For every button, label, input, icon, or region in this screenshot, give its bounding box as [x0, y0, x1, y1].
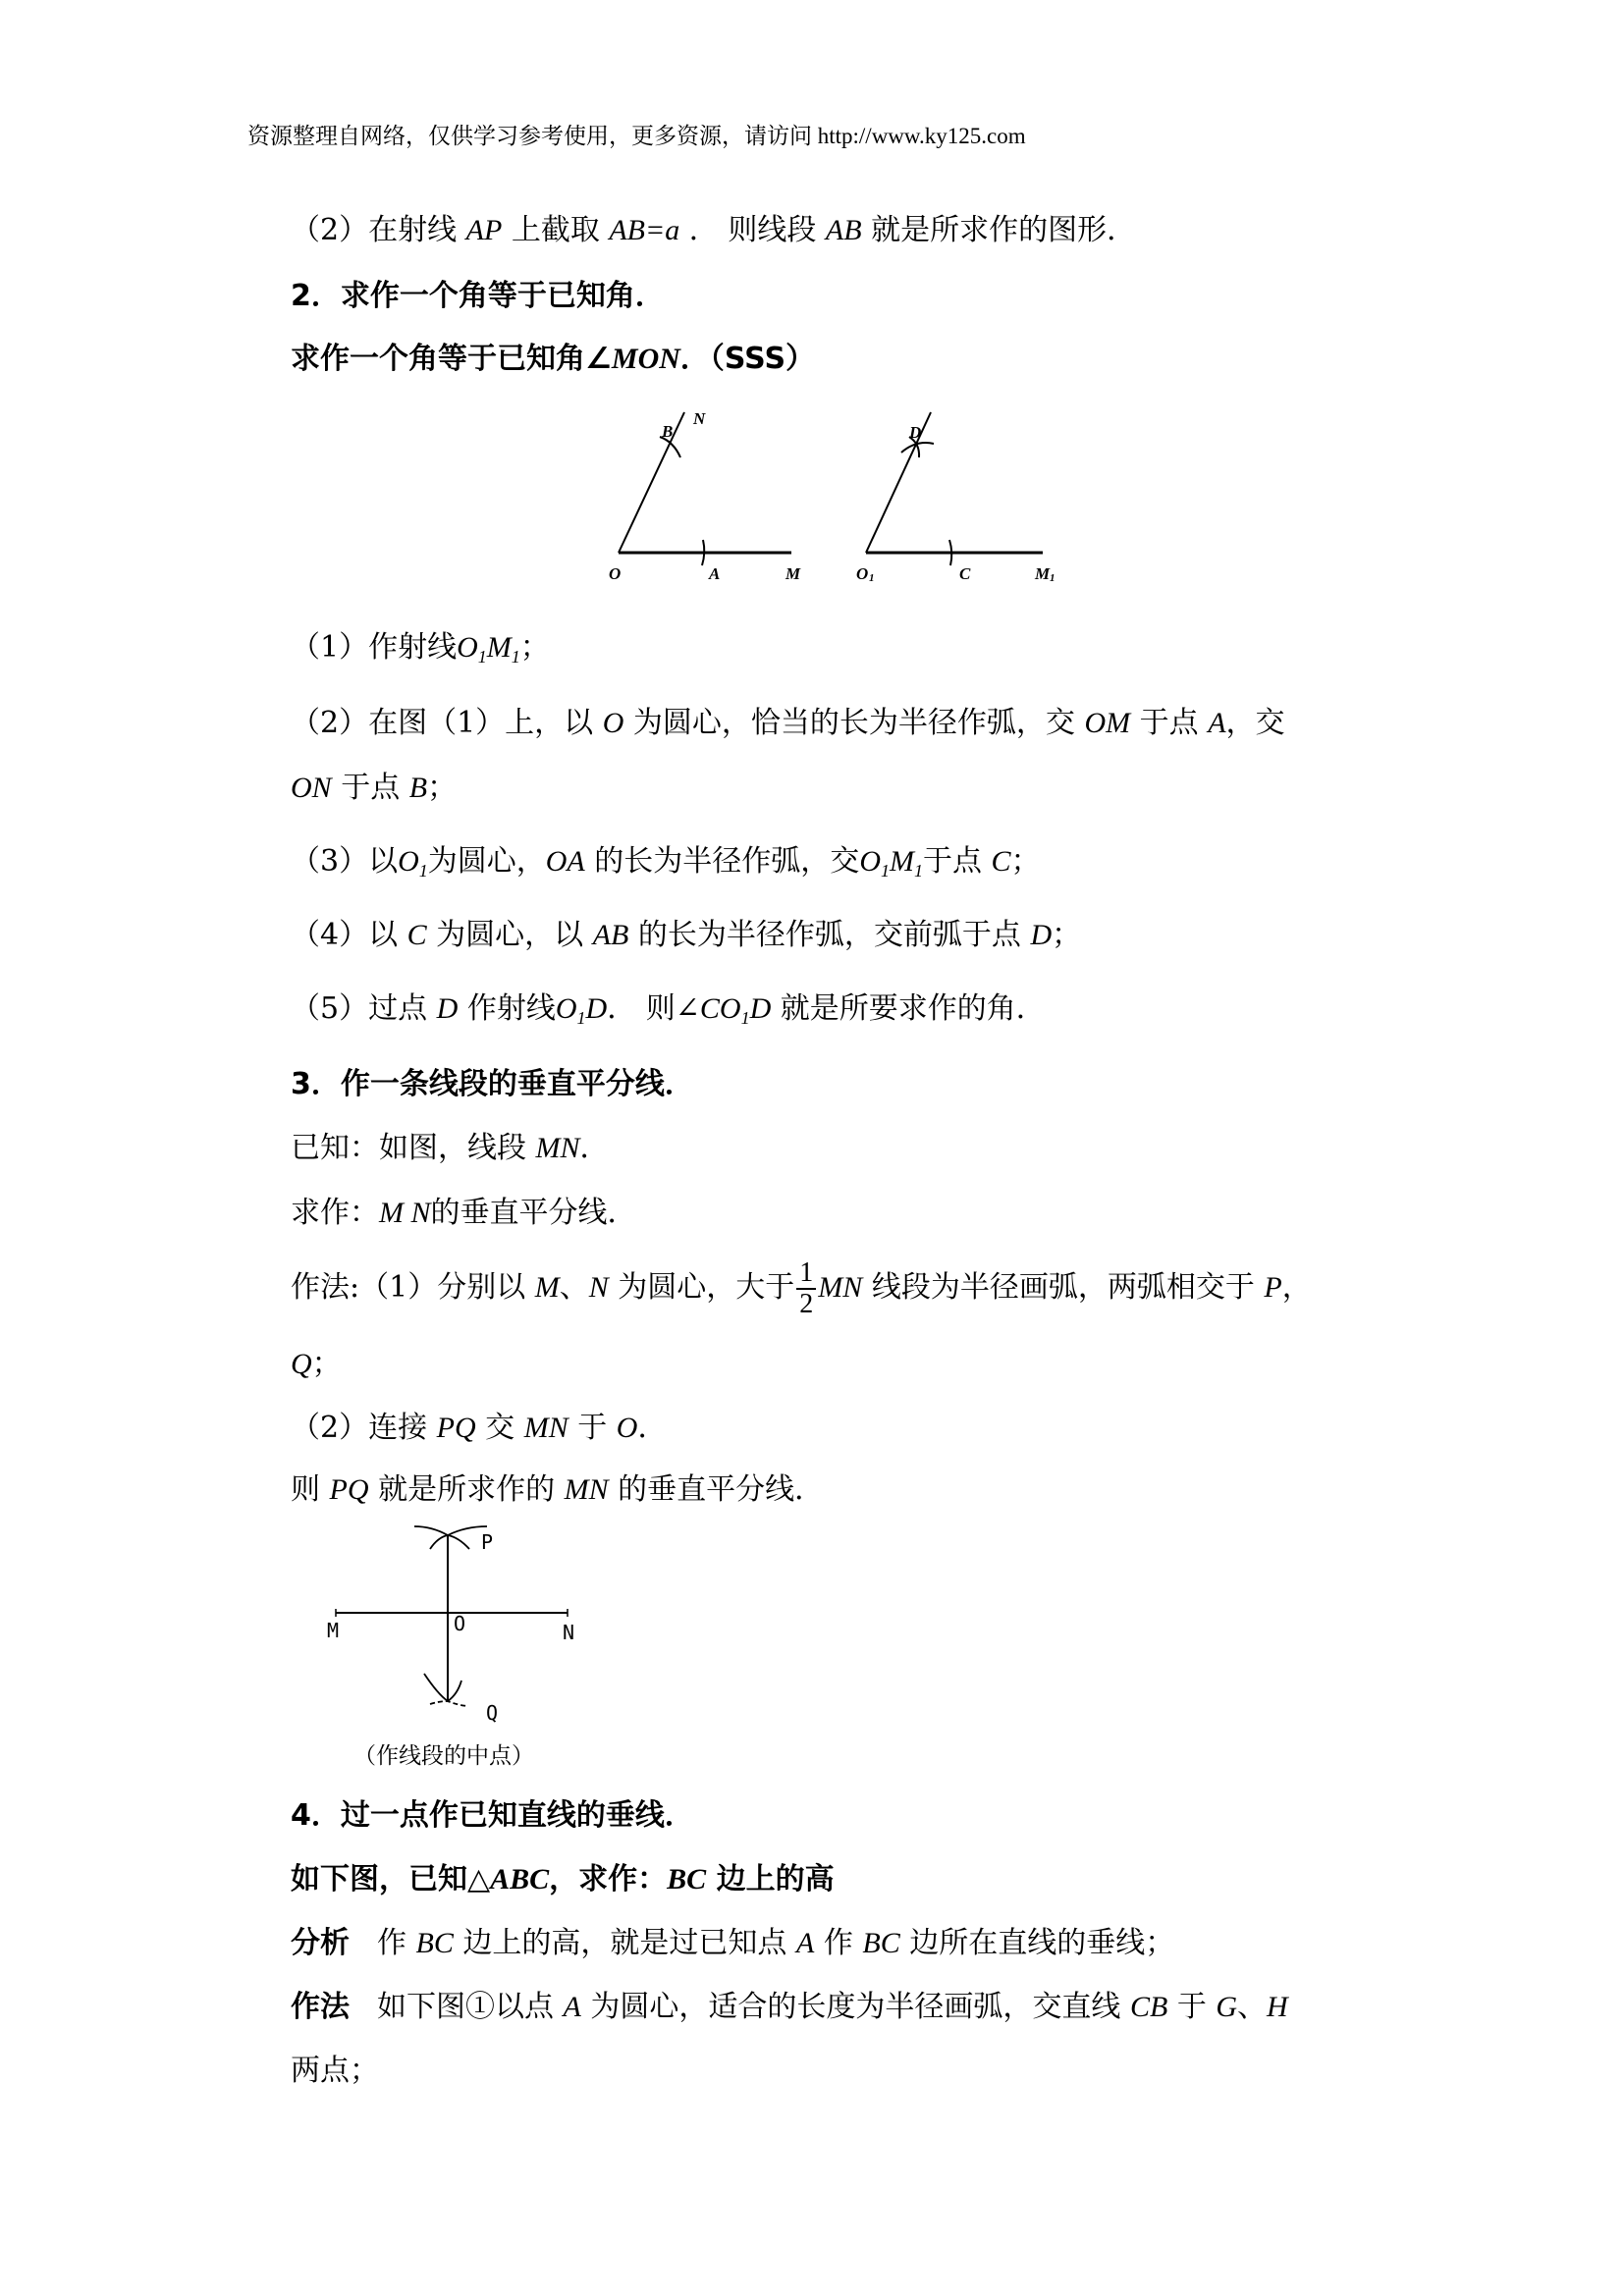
label-O: O: [454, 1612, 465, 1635]
label-C: C: [959, 564, 971, 583]
text: 于点: [1130, 706, 1208, 740]
math-var: MN: [818, 1271, 862, 1304]
math-var: M: [890, 845, 914, 878]
math-var: O: [617, 1412, 638, 1444]
math-var: PQ: [330, 1473, 369, 1506]
text: （2）连接: [291, 1411, 437, 1445]
math-var: A: [1208, 707, 1225, 739]
text: 就是所求作的: [369, 1472, 565, 1507]
text: ． 则线段: [679, 213, 826, 247]
text: 作射线: [458, 991, 556, 1026]
math-var: O: [398, 845, 419, 878]
text: （1）作射线: [291, 630, 457, 665]
text: ，: [1282, 1270, 1312, 1305]
math-sub: 1: [914, 861, 923, 881]
math-var: ON: [291, 772, 332, 804]
math-var: G: [1216, 1991, 1237, 2023]
text: 边上的高，就是过已知点: [454, 1926, 796, 1960]
section3-method-cont: Q；: [291, 1345, 342, 1384]
math-var: OM: [1084, 707, 1130, 739]
label-D: D: [908, 423, 921, 442]
math-sub: 1: [512, 647, 520, 667]
text: 为圆心，大于: [609, 1270, 795, 1305]
text: 为圆心，适合的长度为半径画弧，交直线: [581, 1990, 1130, 2024]
text: （5）过点: [291, 991, 437, 1026]
math-var: BC: [862, 1927, 899, 1959]
math-var: M N: [379, 1197, 431, 1229]
label-M: M: [785, 564, 801, 583]
math-var: MON: [612, 343, 680, 375]
text: 作: [377, 1926, 416, 1960]
math-var: MN: [565, 1473, 609, 1506]
arc-Q-bottom-icon: [430, 1701, 467, 1706]
math-var: CB: [1130, 1991, 1167, 2023]
section2-step2-cont: ON 于点 B；: [291, 769, 457, 808]
section2-step2: （2）在图（1）上，以 O 为圆心，恰当的长为半径作弧，交 OM 于点 A，交: [291, 704, 1285, 743]
section3-task: 求作：M N的垂直平分线．: [291, 1194, 637, 1233]
math-var: O: [859, 845, 881, 878]
text: ；: [427, 771, 457, 805]
math-var: N: [589, 1271, 609, 1304]
text: 求作：: [291, 1196, 379, 1230]
text: 就是所求作的图形．: [862, 213, 1137, 247]
ray-ON: [619, 412, 684, 553]
section4-title: 4．过一点作已知直线的垂线．: [291, 1796, 694, 1836]
fraction-one-half: 12: [796, 1258, 816, 1319]
math-sub: 1: [419, 861, 428, 881]
math-var: OA: [546, 845, 585, 878]
section4-subtitle: 如下图，已知△ABC，求作：BC 边上的高: [291, 1860, 835, 1899]
math-var: O: [603, 707, 624, 739]
math-var: A: [796, 1927, 814, 1959]
text: 作法:（1）分别以: [291, 1270, 535, 1305]
section2-step4: （4）以 C 为圆心，以 AB 的长为半径作弧，交前弧于点 D；: [291, 916, 1081, 955]
text: 的垂直平分线．: [431, 1196, 637, 1230]
label-N: N: [692, 409, 706, 428]
arc-P-bottom-icon: [430, 1535, 469, 1549]
math-var: D: [750, 992, 772, 1025]
section3-step2: （2）连接 PQ 交 MN 于 O．: [291, 1409, 667, 1448]
section3-conclusion: 则 PQ 就是所求作的 MN 的垂直平分线．: [291, 1470, 824, 1510]
text: 的长为半径作弧，交前弧于点: [628, 918, 1030, 952]
page-header: 资源整理自网络，仅供学习参考使用，更多资源，请访问 http://www.ky1…: [247, 122, 1026, 151]
label-M1: M: [1034, 564, 1051, 583]
perpendicular-bisector-figure: P M O N Q: [314, 1517, 609, 1733]
math-var: PQ: [437, 1412, 476, 1444]
text: ． 则∠: [607, 991, 700, 1026]
math-var: ABC: [490, 1863, 549, 1896]
label-N: N: [563, 1621, 574, 1644]
section3-given: 已知：如图，线段 MN．: [291, 1129, 610, 1168]
math-var: O: [457, 631, 478, 664]
text: 、: [1237, 1990, 1267, 2024]
text: 边所在直线的垂线；: [900, 1926, 1175, 1960]
text: ；: [312, 1347, 342, 1381]
math-var: MN: [524, 1412, 568, 1444]
text: ，交: [1226, 706, 1285, 740]
math-var: D: [1030, 919, 1052, 951]
math-var: AB=a: [609, 214, 679, 246]
text: 于点: [332, 771, 409, 805]
section4-analysis: 分析作 BC 边上的高，就是过已知点 A 作 BC 边所在直线的垂线；: [291, 1924, 1174, 1963]
text: 为圆心，: [428, 844, 546, 879]
text: 交: [476, 1411, 524, 1445]
math-var: C: [407, 919, 427, 951]
text: 边上的高: [706, 1862, 834, 1896]
label-B: B: [661, 422, 673, 441]
text: ；: [520, 630, 550, 665]
text: 于: [568, 1411, 617, 1445]
section1-step2: （2）在射线 AP 上截取 AB=a ． 则线段 AB 就是所求作的图形．: [291, 211, 1136, 250]
text: 、: [560, 1270, 589, 1305]
label-O: O: [609, 564, 621, 583]
section2-step5: （5）过点 D 作射线O1D． 则∠CO1D 就是所要求作的角．: [291, 989, 1046, 1038]
text: ．: [580, 1131, 610, 1165]
text: 则: [291, 1472, 330, 1507]
text: 作: [814, 1926, 862, 1960]
math-var: M: [535, 1271, 560, 1304]
math-sub: 1: [881, 861, 890, 881]
fraction-denominator: 2: [796, 1290, 816, 1319]
section3-title: 3．作一条线段的垂直平分线．: [291, 1065, 694, 1104]
math-var: CO: [700, 992, 741, 1025]
section2-subtitle: 求作一个角等于已知角∠MON．（SSS）: [291, 340, 815, 379]
text: 求作一个角等于已知角∠: [291, 342, 612, 376]
math-sub: 1: [577, 1008, 586, 1028]
label-M1-sub: 1: [1050, 572, 1056, 584]
text: 已知：如图，线段: [291, 1131, 536, 1165]
text: ．（SSS）: [680, 342, 815, 376]
label-P: P: [481, 1530, 493, 1554]
analysis-label: 分析: [291, 1926, 350, 1960]
text: ．: [637, 1411, 667, 1445]
label-M: M: [327, 1619, 339, 1642]
text: ；: [1011, 844, 1041, 879]
figure-caption: （作线段的中点）: [353, 1737, 534, 1770]
math-var: D: [437, 992, 459, 1025]
section2-step1: （1）作射线O1M1；: [291, 628, 550, 676]
math-var: O: [556, 992, 577, 1025]
math-sub: 1: [478, 647, 487, 667]
math-var: B: [409, 772, 427, 804]
text: 上截取: [502, 213, 609, 247]
math-var: A: [564, 1991, 581, 2023]
text: （3）以: [291, 844, 398, 879]
label-O1: O: [856, 564, 868, 583]
text: 于点: [923, 844, 992, 879]
text: 的长为半径作弧，交: [585, 844, 860, 879]
label-O1-sub: 1: [869, 572, 875, 584]
section2-step3: （3）以O1为圆心，OA 的长为半径作弧，交O1M1于点 C；: [291, 842, 1041, 890]
text: ，求作：: [549, 1862, 667, 1896]
text: ；: [1052, 918, 1081, 952]
text: 如下图，已知△: [291, 1862, 490, 1896]
math-var: H: [1267, 1991, 1288, 2023]
section4-method: 作法如下图①以点 A 为圆心，适合的长度为半径画弧，交直线 CB 于 G、H: [291, 1988, 1288, 2027]
text: 就是所要求作的角．: [771, 991, 1046, 1026]
arc-Q-top-icon: [424, 1674, 461, 1701]
section3-method: 作法:（1）分别以 M、N 为圆心，大于12MN 线段为半径画弧，两弧相交于 P…: [291, 1258, 1312, 1319]
math-var: AB: [826, 214, 862, 246]
math-var: BC: [416, 1927, 454, 1959]
section2-title: 2．求作一个角等于已知角．: [291, 277, 665, 316]
angle-construction-figure: O A M B N O 1 C M 1 D: [589, 398, 1080, 594]
arc-P-top-icon: [414, 1526, 487, 1535]
text: 如下图①以点: [377, 1990, 564, 2024]
text: 为圆心，恰当的长为半径作弧，交: [623, 706, 1084, 740]
text: （2）在射线: [291, 213, 466, 247]
text: 为圆心，以: [427, 918, 593, 952]
label-A: A: [708, 564, 720, 583]
math-var: BC: [667, 1863, 706, 1896]
math-var: M: [487, 631, 512, 664]
math-sub: 1: [741, 1008, 750, 1028]
text: 的垂直平分线．: [609, 1472, 825, 1507]
math-var: C: [992, 845, 1011, 878]
math-var: D: [586, 992, 608, 1025]
text: （4）以: [291, 918, 407, 952]
label-Q: Q: [486, 1701, 498, 1725]
text: （2）在图（1）上，以: [291, 706, 603, 740]
method-label: 作法: [291, 1990, 350, 2024]
math-var: MN: [536, 1132, 580, 1164]
text: 于: [1167, 1990, 1216, 2024]
text: 线段为半径画弧，两弧相交于: [862, 1270, 1264, 1305]
math-var: AB: [593, 919, 629, 951]
math-var: P: [1264, 1271, 1281, 1304]
section4-method-cont: 两点；: [291, 2052, 379, 2091]
document-page: 资源整理自网络，仅供学习参考使用，更多资源，请访问 http://www.ky1…: [0, 0, 1624, 2296]
math-var: Q: [291, 1348, 312, 1380]
math-var: AP: [466, 214, 503, 246]
fraction-numerator: 1: [796, 1258, 816, 1290]
